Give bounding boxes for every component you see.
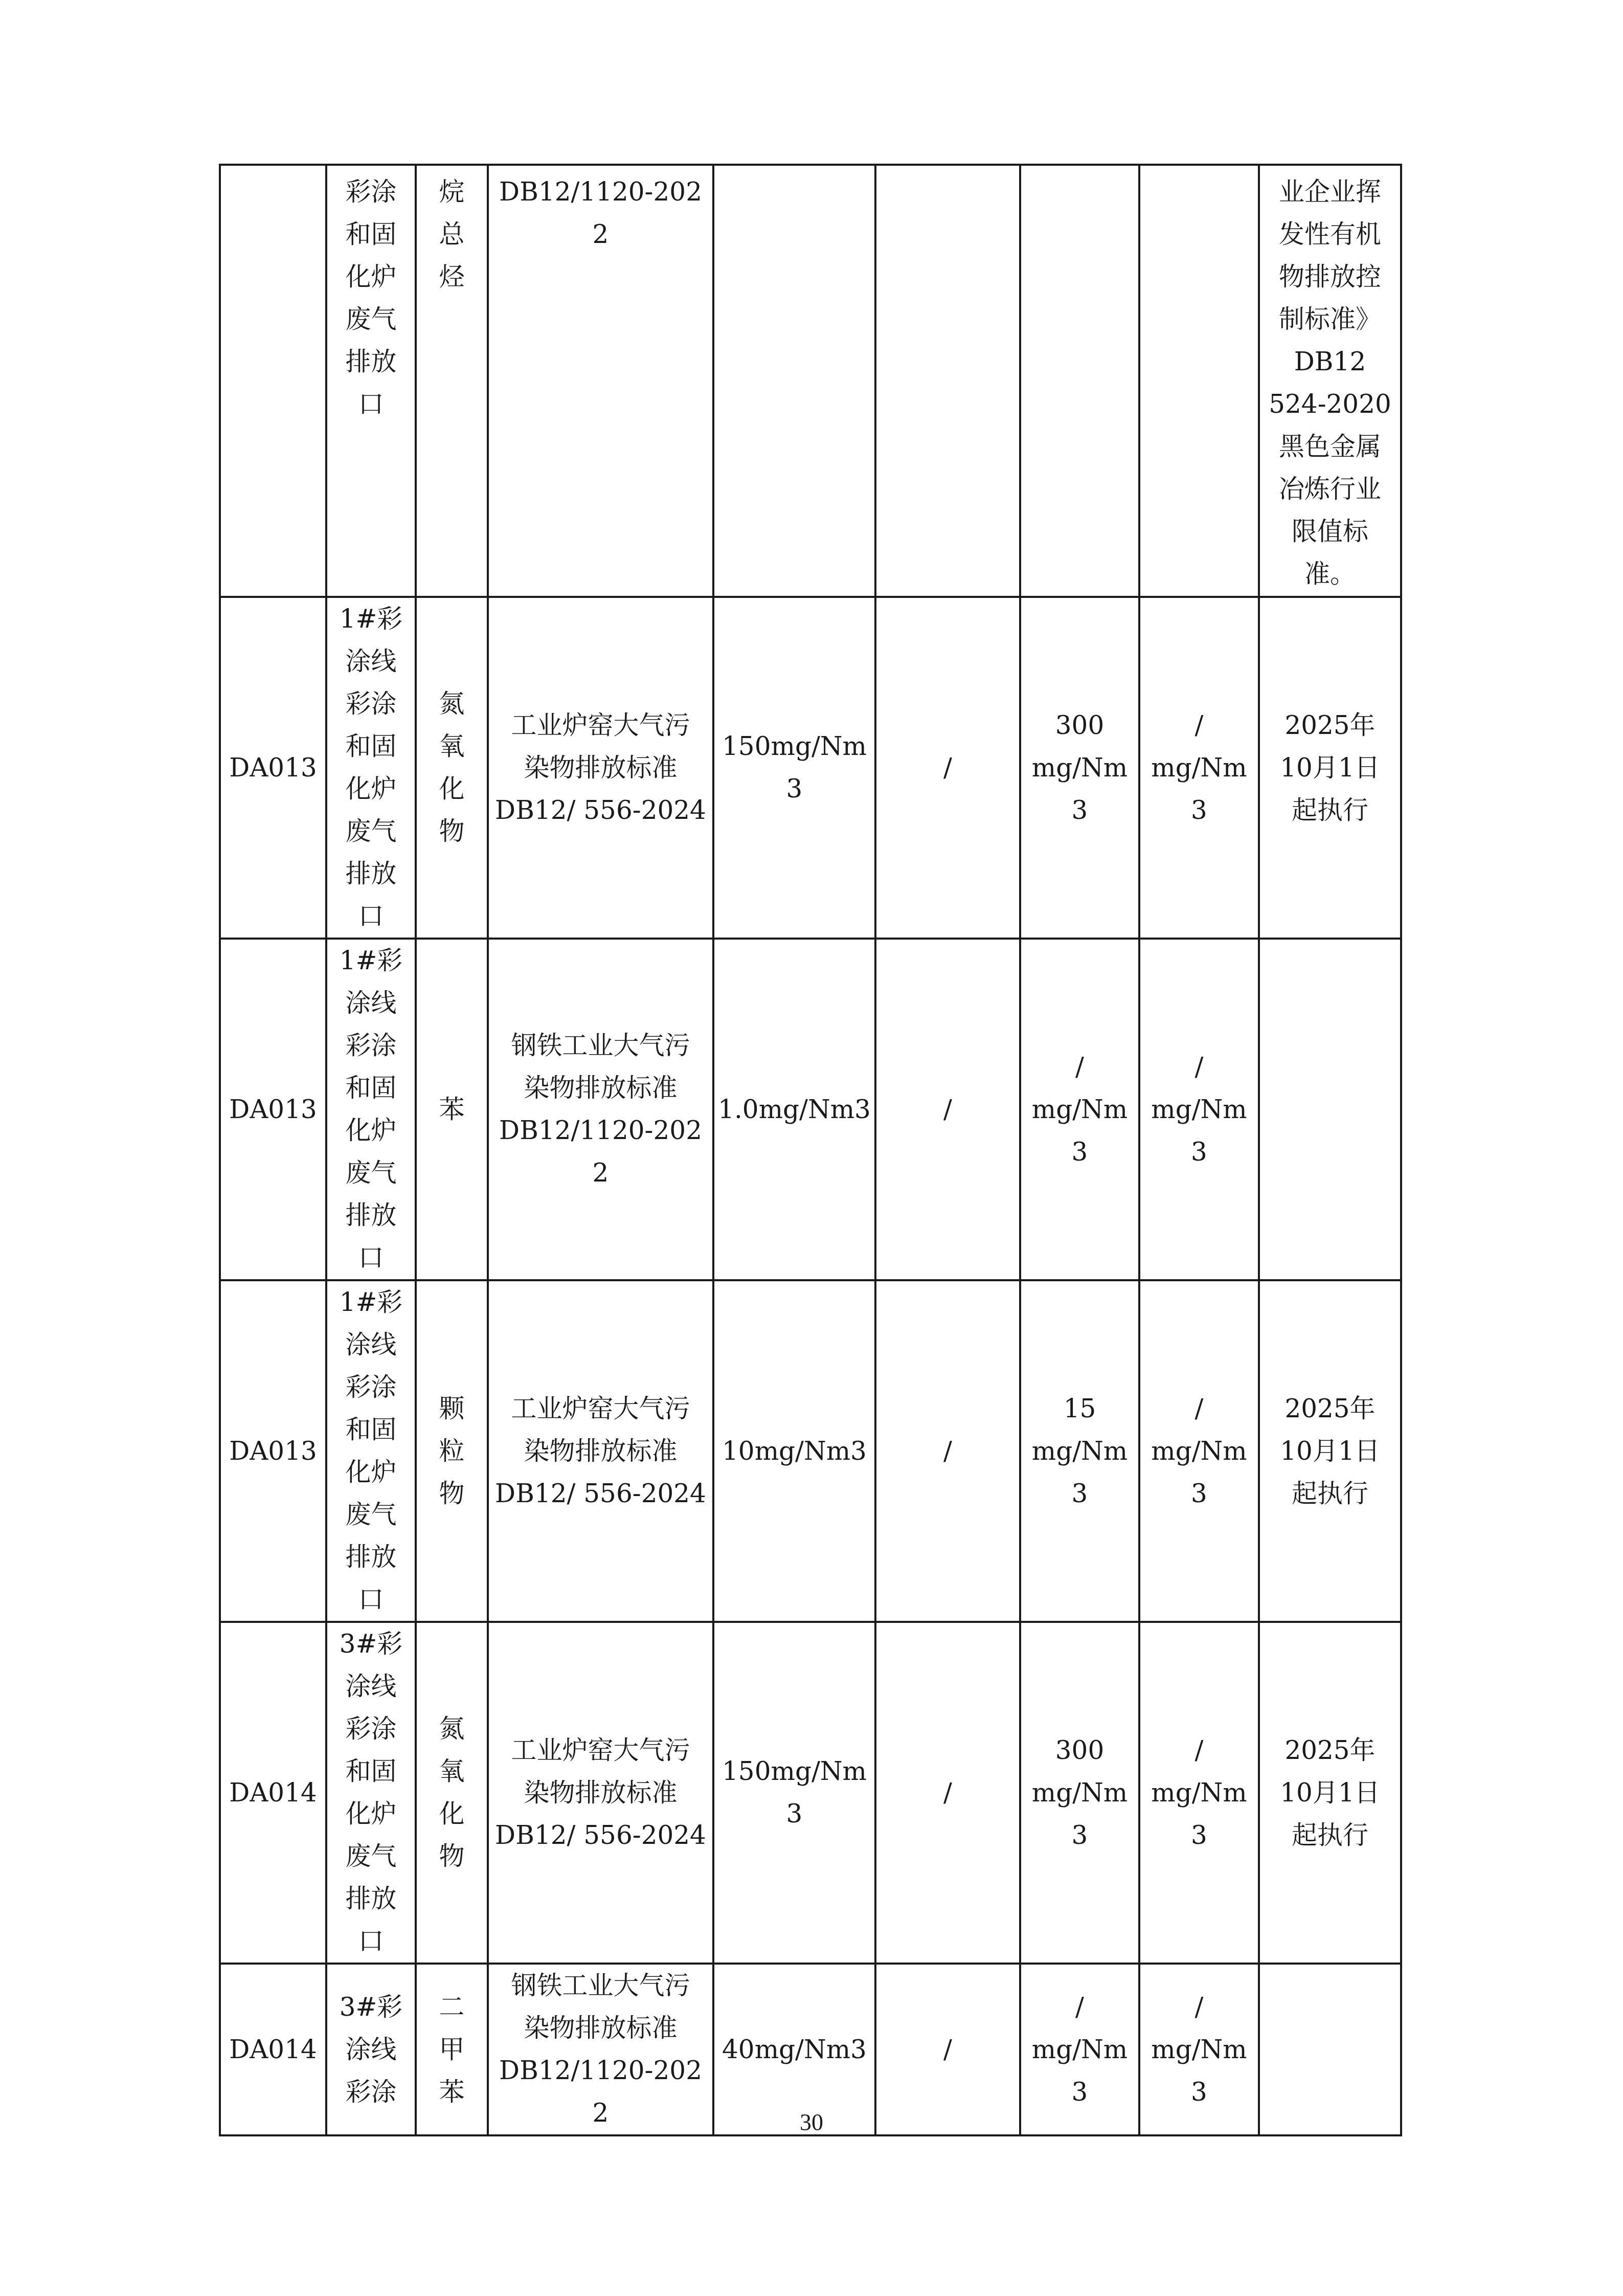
concentration-limit-2-cell: 300 mg/Nm3	[1020, 1622, 1139, 1964]
concentration-limit-2-cell: / mg/Nm3	[1020, 939, 1139, 1280]
outlet-name-cell: 彩涂 和固 化炉 废气 排放 口	[326, 165, 416, 597]
rate-limit-cell: /	[875, 939, 1020, 1280]
concentration-limit-2-cell: 15 mg/Nm3	[1020, 1280, 1139, 1622]
concentration-limit-cell: 10mg/Nm3	[713, 1280, 875, 1622]
concentration-limit-2-cell: 300 mg/Nm3	[1020, 597, 1139, 939]
pollutant-cell: 氮 氧 化 物	[416, 1622, 488, 1964]
outlet-id-cell: DA014	[220, 1622, 326, 1964]
table-row: DA013 1#彩 涂线 彩涂 和固 化炉 废气 排放 口 颗 粒 物 工业炉窑…	[220, 1280, 1401, 1622]
outlet-name-cell: 1#彩 涂线 彩涂 和固 化炉 废气 排放 口	[326, 597, 416, 939]
rate-limit-2-cell: / mg/Nm3	[1139, 939, 1259, 1280]
table-row: DA013 1#彩 涂线 彩涂 和固 化炉 废气 排放 口 苯 钢铁工业大气污 …	[220, 939, 1401, 1280]
page-number: 30	[0, 2107, 1623, 2138]
outlet-name-cell: 1#彩 涂线 彩涂 和固 化炉 废气 排放 口	[326, 1280, 416, 1622]
document-page: 彩涂 和固 化炉 废气 排放 口 烷 总 烃 DB12/1120-2022 业企…	[0, 0, 1623, 2296]
standard-cell: 工业炉窑大气污 染物排放标准 DB12/ 556-2024	[488, 597, 713, 939]
outlet-id-cell: DA013	[220, 1280, 326, 1622]
pollutant-cell: 颗 粒 物	[416, 1280, 488, 1622]
standard-cell: 工业炉窑大气污 染物排放标准 DB12/ 556-2024	[488, 1622, 713, 1964]
outlet-name-cell: 3#彩 涂线 彩涂 和固 化炉 废气 排放 口	[326, 1622, 416, 1964]
concentration-limit-cell: 150mg/Nm3	[713, 1622, 875, 1964]
rate-limit-2-cell: / mg/Nm3	[1139, 597, 1259, 939]
table-row: DA013 1#彩 涂线 彩涂 和固 化炉 废气 排放 口 氮 氧 化 物 工业…	[220, 597, 1401, 939]
remark-cell	[1259, 939, 1401, 1280]
standard-cell: DB12/1120-2022	[488, 165, 713, 597]
remark-cell: 2025年 10月1日 起执行	[1259, 597, 1401, 939]
concentration-limit-2-cell	[1020, 165, 1139, 597]
standard-cell: 工业炉窑大气污 染物排放标准 DB12/ 556-2024	[488, 1280, 713, 1622]
pollutant-cell: 烷 总 烃	[416, 165, 488, 597]
pollutant-cell: 苯	[416, 939, 488, 1280]
rate-limit-2-cell	[1139, 165, 1259, 597]
remark-cell: 2025年 10月1日 起执行	[1259, 1280, 1401, 1622]
rate-limit-cell: /	[875, 1280, 1020, 1622]
outlet-name-cell: 1#彩 涂线 彩涂 和固 化炉 废气 排放 口	[326, 939, 416, 1280]
rate-limit-cell	[875, 165, 1020, 597]
outlet-id-cell: DA013	[220, 939, 326, 1280]
emission-standards-table: 彩涂 和固 化炉 废气 排放 口 烷 总 烃 DB12/1120-2022 业企…	[219, 164, 1402, 2136]
pollutant-cell: 氮 氧 化 物	[416, 597, 488, 939]
concentration-limit-cell: 1.0mg/Nm3	[713, 939, 875, 1280]
concentration-limit-cell	[713, 165, 875, 597]
concentration-limit-cell: 150mg/Nm3	[713, 597, 875, 939]
remark-cell: 2025年 10月1日 起执行	[1259, 1622, 1401, 1964]
remark-cell: 业企业挥 发性有机 物排放控 制标准》 DB12 524-2020 黑色金属 冶…	[1259, 165, 1401, 597]
outlet-id-cell	[220, 165, 326, 597]
rate-limit-cell: /	[875, 597, 1020, 939]
table-row: 彩涂 和固 化炉 废气 排放 口 烷 总 烃 DB12/1120-2022 业企…	[220, 165, 1401, 597]
standard-cell: 钢铁工业大气污 染物排放标准 DB12/1120-2022	[488, 939, 713, 1280]
table-row: DA014 3#彩 涂线 彩涂 和固 化炉 废气 排放 口 氮 氧 化 物 工业…	[220, 1622, 1401, 1964]
rate-limit-2-cell: / mg/Nm3	[1139, 1280, 1259, 1622]
outlet-id-cell: DA013	[220, 597, 326, 939]
rate-limit-2-cell: / mg/Nm3	[1139, 1622, 1259, 1964]
rate-limit-cell: /	[875, 1622, 1020, 1964]
